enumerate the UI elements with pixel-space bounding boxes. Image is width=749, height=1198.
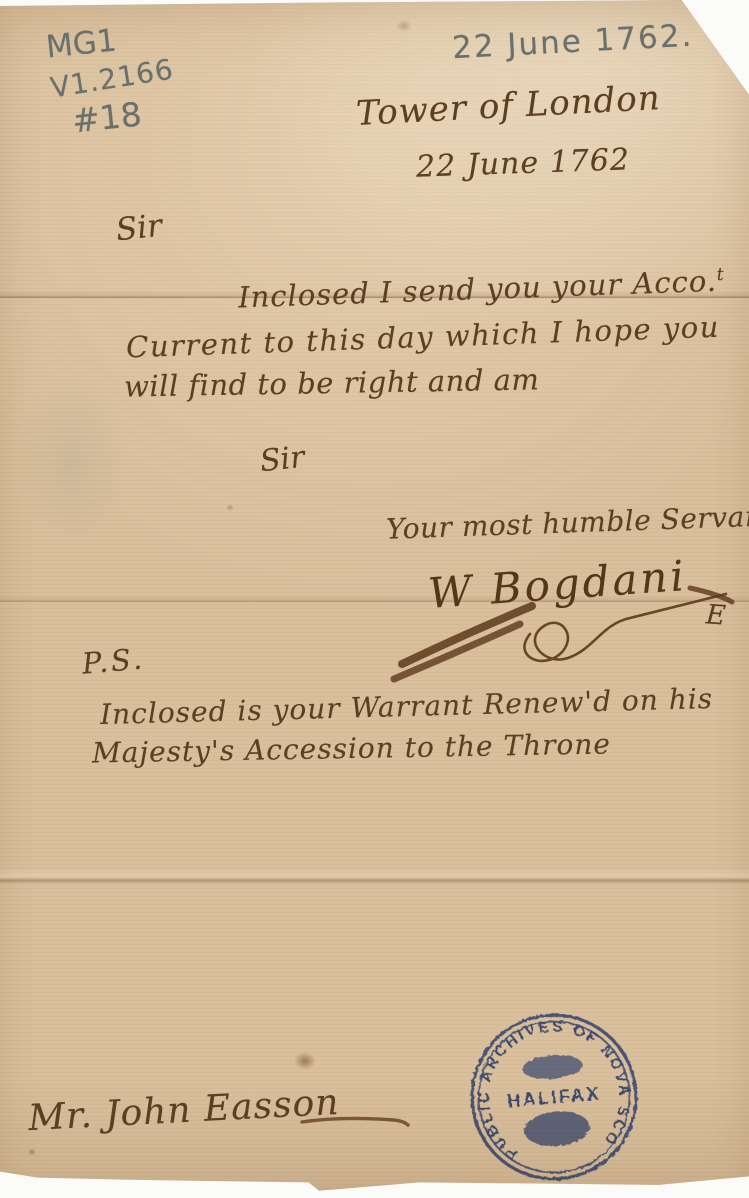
- superscript-t: t: [716, 265, 725, 285]
- postscript-label: P.S.: [81, 641, 147, 680]
- closing-salutation: Sir: [258, 440, 306, 479]
- archive-ref-note: MG1: [44, 22, 118, 65]
- body-line-3: will find to be right and am: [124, 362, 540, 403]
- stamp-center-text: HALIFAX: [506, 1083, 601, 1111]
- stamp-smudge-bottom: [523, 1109, 591, 1149]
- archive-stamp: PUBLIC ARCHIVES OF NOVA SCOTIA HALIFAX: [455, 998, 652, 1195]
- letter-date: 22 June 1762: [415, 142, 630, 184]
- signature-mark: E: [705, 599, 727, 631]
- archive-ref-note: #18: [70, 94, 143, 140]
- stamp-smudge-top: [521, 1053, 583, 1082]
- salutation: Sir: [114, 208, 163, 249]
- letter-scan-photo: MG1 V1.2166 #18 22 June 1762. Tower of L…: [0, 0, 749, 1198]
